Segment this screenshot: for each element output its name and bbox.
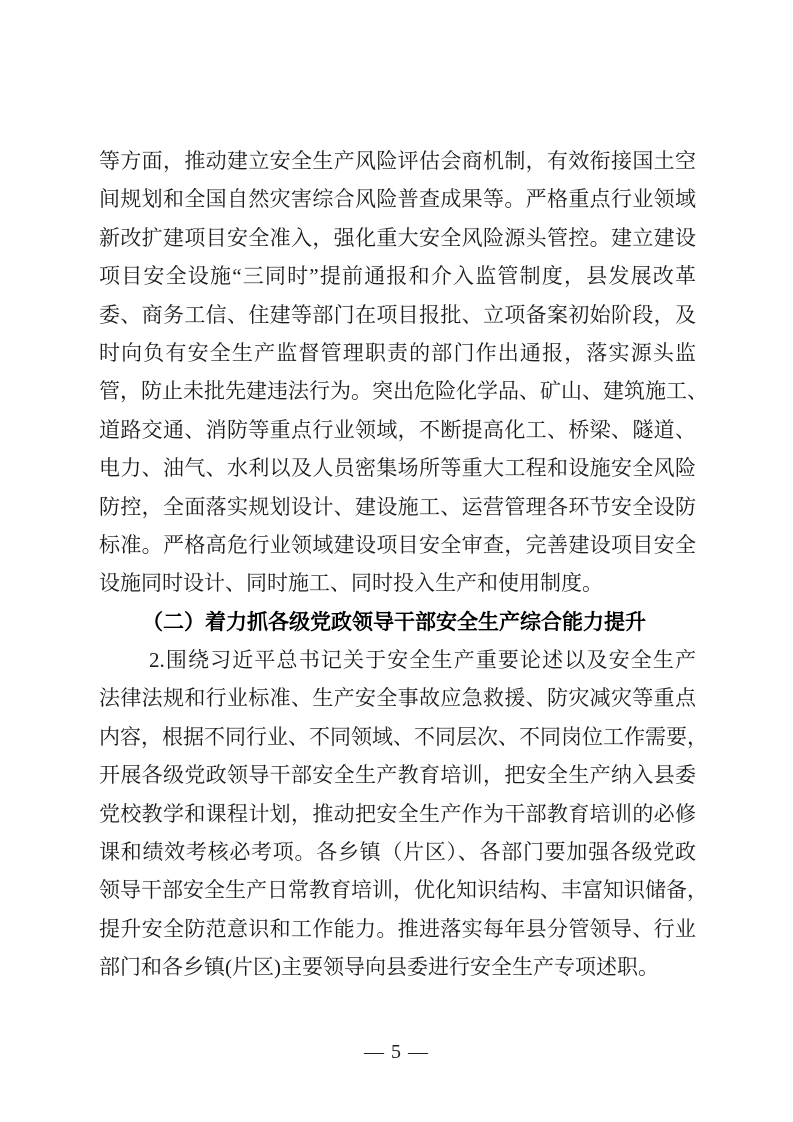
page-number: — 5 —: [0, 1040, 793, 1064]
section-heading: （二）着力抓各级党政领导干部安全生产综合能力提升: [99, 603, 696, 641]
body-text-line: 2.围绕习近平总书记关于安全生产重要论述以及安全生产: [99, 641, 696, 679]
body-text-line: 设施同时设计、同时施工、同时投入生产和使用制度。: [99, 564, 696, 602]
body-text-line: 法律法规和行业标准、生产安全事故应急救援、防灾减灾等重点: [99, 679, 696, 717]
document-body: 等方面，推动建立安全生产风险评估会商机制，有效衔接国土空 间规划和全国自然灾害综…: [99, 142, 696, 987]
body-text-line: 新改扩建项目安全准入，强化重大安全风险源头管控。建立建设: [99, 219, 696, 257]
body-text-line: 防控，全面落实规划设计、建设施工、运营管理各环节安全设防: [99, 488, 696, 526]
body-text-line: 项目安全设施“三同时”提前通报和介入监管制度，县发展改革: [99, 257, 696, 295]
document-page: 等方面，推动建立安全生产风险评估会商机制，有效衔接国土空 间规划和全国自然灾害综…: [0, 0, 793, 1122]
body-text-line: 党校教学和课程计划，推动把安全生产作为干部教育培训的必修: [99, 795, 696, 833]
body-text-line: 时向负有安全生产监督管理职责的部门作出通报，落实源头监: [99, 334, 696, 372]
body-text-line: 提升安全防范意识和工作能力。推进落实每年县分管领导、行业: [99, 910, 696, 948]
body-text-line: 部门和各乡镇(片区)主要领导向县委进行安全生产专项述职。: [99, 948, 696, 986]
body-text-line: 委、商务工信、住建等部门在项目报批、立项备案初始阶段，及: [99, 296, 696, 334]
body-text-line: 电力、油气、水利以及人员密集场所等重大工程和设施安全风险: [99, 449, 696, 487]
body-text-line: 开展各级党政领导干部安全生产教育培训，把安全生产纳入县委: [99, 756, 696, 794]
body-text-line: 等方面，推动建立安全生产风险评估会商机制，有效衔接国土空: [99, 142, 696, 180]
body-text-line: 管，防止未批先建违法行为。突出危险化学品、矿山、建筑施工、: [99, 372, 696, 410]
body-text-line: 内容，根据不同行业、不同领域、不同层次、不同岗位工作需要，: [99, 718, 696, 756]
body-text-line: 道路交通、消防等重点行业领域，不断提高化工、桥梁、隧道、: [99, 411, 696, 449]
body-text-line: 标准。严格高危行业领域建设项目安全审查，完善建设项目安全: [99, 526, 696, 564]
body-text-line: 间规划和全国自然灾害综合风险普查成果等。严格重点行业领域: [99, 180, 696, 218]
body-text-line: 领导干部安全生产日常教育培训，优化知识结构、丰富知识储备，: [99, 871, 696, 909]
body-text-line: 课和绩效考核必考项。各乡镇（片区）、各部门要加强各级党政: [99, 833, 696, 871]
